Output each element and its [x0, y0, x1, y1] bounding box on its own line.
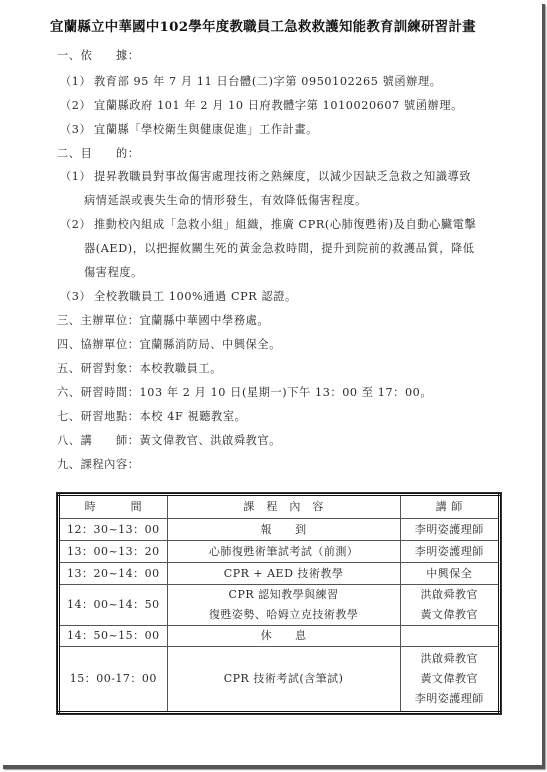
table-row: 12：30~13：00 報 到 李明姿護理師 [59, 519, 500, 541]
header-time: 時 間 [59, 495, 168, 519]
item-text: 宜蘭縣「學校衛生與健康促進」工作計畫。 [94, 123, 318, 136]
document-page: 宜蘭縣立中華國中102學年度教職員工急救救護知能教育訓練研習計畫 一、依 據： … [0, 0, 542, 765]
basis-item-3: （3）宜蘭縣「學校衛生與健康促進」工作計畫。 [60, 121, 318, 137]
item-text: 全校教職員工 100%通過 CPR 認證。 [94, 290, 297, 303]
section-content-heading: 九、課程內容： [57, 456, 140, 472]
section-location: 七、研習地點：本校 4F 視聽教室。 [57, 408, 246, 424]
cell-content: CPR + AED 技術教學 [167, 563, 400, 585]
cell-content: 休 息 [167, 626, 400, 647]
cell-time: 14：00~14：50 [59, 585, 168, 626]
cell-time: 13：20~14：00 [59, 563, 168, 585]
purpose-item-3: （3）全校教職員工 100%通過 CPR 認證。 [60, 288, 297, 304]
cell-content: 心肺復甦術筆試考試（前測） [167, 541, 400, 563]
cell-content: CPR 認知教學與練習 復甦姿勢、哈姆立克技術教學 [167, 585, 400, 626]
cell-time: 13：00~13：20 [59, 541, 168, 563]
purpose-item-2-cont-1: 器(AED)，以把握攸關生死的黃金急救時間，提升到院前的救護品質，降低 [84, 240, 475, 256]
cell-time: 14：50~15：00 [59, 626, 168, 647]
cell-content: 報 到 [167, 519, 400, 541]
item-number: （3） [60, 121, 94, 137]
item-number: （2） [60, 216, 94, 232]
header-lecturer: 講 師 [400, 495, 500, 519]
cell-lecturer [400, 626, 500, 647]
lecturer-line: 李明姿護理師 [401, 689, 499, 709]
section-heading-purpose: 二、目 的： [57, 145, 140, 161]
cell-lecturer: 洪啟舜教官 黃文偉教官 [400, 585, 500, 626]
document-title: 宜蘭縣立中華國中102學年度教職員工急救救護知能教育訓練研習計畫 [50, 16, 500, 35]
lecturer-line: 洪啟舜教官 [401, 649, 499, 669]
purpose-item-2-cont-2: 傷害程度。 [84, 264, 143, 280]
section-lecturers: 八、講 師：黃文偉教官、洪啟舜教官。 [57, 432, 281, 448]
table-header-row: 時 間 課 程 內 容 講 師 [59, 495, 500, 519]
cell-lecturer: 洪啟舜教官 黃文偉教官 李明姿護理師 [400, 647, 500, 713]
cell-lecturer: 李明姿護理師 [400, 519, 500, 541]
cell-time: 12：30~13：00 [59, 519, 168, 541]
item-number: （3） [60, 288, 94, 304]
section-co-organizer: 四、協辦單位：宜蘭縣消防局、中興保全。 [57, 336, 281, 352]
cell-content: CPR 技術考試(含筆試) [167, 647, 400, 713]
cell-lecturer: 李明姿護理師 [400, 541, 500, 563]
content-line: 復甦姿勢、哈姆立克技術教學 [168, 605, 400, 625]
header-content: 課 程 內 容 [167, 495, 400, 519]
section-organizer: 三、主辦單位：宜蘭縣中華國中學務處。 [57, 312, 269, 328]
content-line: CPR 認知教學與練習 [168, 585, 400, 605]
purpose-item-1-cont: 病情延誤或喪失生命的情形發生，有效降低傷害程度。 [84, 192, 367, 208]
lecturer-line: 黃文偉教官 [401, 669, 499, 689]
purpose-item-1: （1）提昇教職員對事故傷害處理技術之熟練度，以減少因缺乏急救之知識導致 [60, 168, 471, 184]
basis-item-2: （2）宜蘭縣政府 101 年 2 月 10 日府教體字第 1010020607 … [60, 97, 463, 113]
item-number: （1） [60, 168, 94, 184]
purpose-item-2: （2）推動校內組成「急救小組」組織，推廣 CPR(心肺復甦術)及自動心臟電擊 [60, 216, 476, 232]
table-row: 14：50~15：00 休 息 [59, 626, 500, 647]
schedule-table: 時 間 課 程 內 容 講 師 12：30~13：00 報 到 李明姿護理師 1… [57, 493, 501, 714]
section-heading-basis: 一、依 據： [57, 47, 140, 63]
item-number: （2） [60, 97, 94, 113]
item-text: 教育部 95 年 7 月 11 日台體(二)字第 0950102265 號函辦理… [94, 75, 442, 88]
section-audience: 五、研習對象：本校教職員工。 [57, 360, 222, 376]
table-row: 14：00~14：50 CPR 認知教學與練習 復甦姿勢、哈姆立克技術教學 洪啟… [59, 585, 500, 626]
lecturer-line: 黃文偉教官 [401, 605, 499, 625]
basis-item-1: （1）教育部 95 年 7 月 11 日台體(二)字第 0950102265 號… [60, 73, 442, 89]
item-text: 宜蘭縣政府 101 年 2 月 10 日府教體字第 1010020607 號函辦… [94, 99, 463, 112]
table-row: 15：00-17：00 CPR 技術考試(含筆試) 洪啟舜教官 黃文偉教官 李明… [59, 647, 500, 713]
cell-time: 15：00-17：00 [59, 647, 168, 713]
item-text: 推動校內組成「急救小組」組織，推廣 CPR(心肺復甦術)及自動心臟電擊 [94, 218, 476, 231]
item-number: （1） [60, 73, 94, 89]
lecturer-line: 洪啟舜教官 [401, 585, 499, 605]
cell-lecturer: 中興保全 [400, 563, 500, 585]
table-row: 13：00~13：20 心肺復甦術筆試考試（前測） 李明姿護理師 [59, 541, 500, 563]
section-time: 六、研習時間：103 年 2 月 10 日(星期一)下午 13：00 至 17：… [57, 384, 432, 400]
table-row: 13：20~14：00 CPR + AED 技術教學 中興保全 [59, 563, 500, 585]
item-text: 提昇教職員對事故傷害處理技術之熟練度，以減少因缺乏急救之知識導致 [94, 170, 471, 183]
